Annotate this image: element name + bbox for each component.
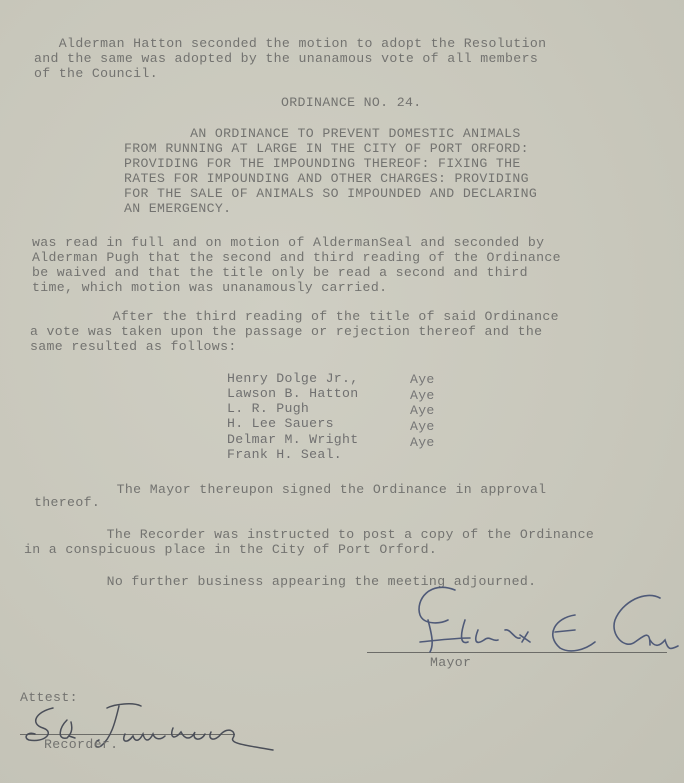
voter-name: L. R. Pugh xyxy=(227,401,309,416)
recorder-signature xyxy=(15,698,285,763)
mayor-para-line-2: thereof. xyxy=(34,495,100,510)
recorder-para-line-1: The Recorder was instructed to post a co… xyxy=(24,527,594,542)
vote-para-line-3: same resulted as follows: xyxy=(30,339,237,354)
voter-name: Henry Dolge Jr., xyxy=(227,371,358,386)
mayor-para-line-1: The Mayor thereupon signed the Ordinance… xyxy=(34,482,546,497)
voter-vote: Aye xyxy=(410,403,435,418)
voter-name: Lawson B. Hatton xyxy=(227,386,358,401)
ordinance-heading: ORDINANCE NO. 24. xyxy=(281,95,421,110)
voter-vote: Aye xyxy=(410,435,435,450)
intro-line-1: Alderman Hatton seconded the motion to a… xyxy=(34,36,546,51)
recorder-title: Recorder. xyxy=(44,737,118,752)
document-page: Alderman Hatton seconded the motion to a… xyxy=(0,0,684,783)
reading-line-2: Alderman Pugh that the second and third … xyxy=(32,250,561,265)
ordinance-title-line-2: FROM RUNNING AT LARGE IN THE CITY OF POR… xyxy=(124,141,529,156)
voter-vote: Aye xyxy=(410,388,435,403)
ordinance-title-line-4: RATES FOR IMPOUNDING AND OTHER CHARGES: … xyxy=(124,171,529,186)
mayor-signature xyxy=(360,580,680,660)
ordinance-title-line-5: FOR THE SALE OF ANIMALS SO IMPOUNDED AND… xyxy=(124,186,537,201)
ordinance-title-line-1: AN ORDINANCE TO PREVENT DOMESTIC ANIMALS xyxy=(124,126,521,141)
ordinance-title-line-6: AN EMERGENCY. xyxy=(124,201,231,216)
reading-line-3: be waived and that the title only be rea… xyxy=(32,265,528,280)
intro-line-3: of the Council. xyxy=(34,66,158,81)
vote-para-line-2: a vote was taken upon the passage or rej… xyxy=(30,324,542,339)
mayor-title: Mayor xyxy=(430,655,471,670)
voter-name: H. Lee Sauers xyxy=(227,416,334,431)
intro-line-2: and the same was adopted by the unanamou… xyxy=(34,51,538,66)
ordinance-title-line-3: PROVIDING FOR THE IMPOUNDING THEREOF: FI… xyxy=(124,156,521,171)
voter-name: Frank H. Seal. xyxy=(227,447,342,462)
voter-vote: Aye xyxy=(410,419,435,434)
recorder-para-line-2: in a conspicuous place in the City of Po… xyxy=(24,542,437,557)
reading-line-1: was read in full and on motion of Alderm… xyxy=(32,235,544,250)
reading-line-4: time, which motion was unanamously carri… xyxy=(32,280,387,295)
voter-vote: Aye xyxy=(410,372,435,387)
vote-para-line-1: After the third reading of the title of … xyxy=(30,309,559,324)
voter-name: Delmar M. Wright xyxy=(227,432,358,447)
